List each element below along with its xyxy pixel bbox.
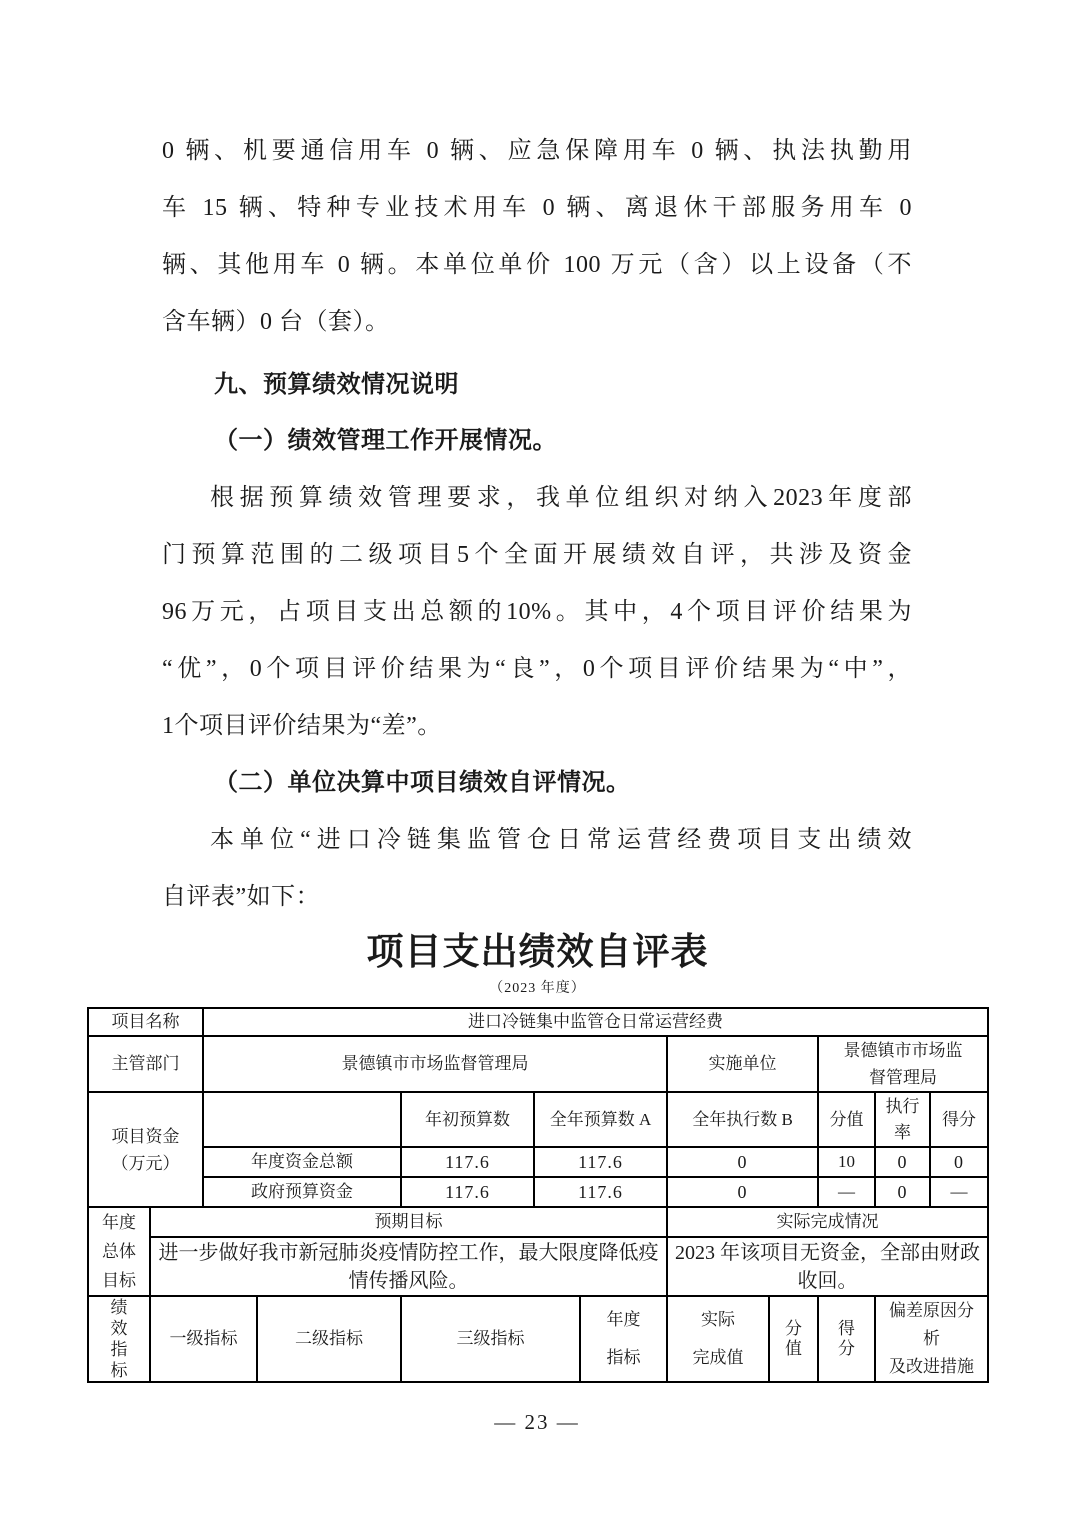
indicator-score-weight-header: 分 值 <box>769 1296 818 1382</box>
funds-label: 项目资金 （万元） <box>88 1092 203 1207</box>
paragraph-line: 1个项目评价结果为“差”。 <box>162 698 912 755</box>
subsection-heading-one: （一）绩效管理工作开展情况。 <box>162 413 912 470</box>
paragraph-line: 根据预算绩效管理要求，我单位组织对纳入2023年度部 <box>162 470 912 527</box>
indicator-level3-header: 三级指标 <box>401 1296 580 1382</box>
project-name-value: 进口冷链集中监管仓日常运营经费 <box>203 1008 988 1036</box>
actual-completion-text: 2023 年该项目无资金，全部由财政 收回。 <box>667 1237 988 1296</box>
funds-header-executed: 全年执行数 B <box>667 1092 818 1147</box>
funds-score-weight-value: — <box>818 1177 875 1207</box>
funds-executed-value: 0 <box>667 1147 818 1177</box>
table-row-project-name: 项目名称 进口冷链集中监管仓日常运营经费 <box>88 1008 988 1036</box>
table-row-funds-total: 年度资金总额 117.6 117.6 0 10 0 0 <box>88 1147 988 1177</box>
expected-goal-header: 预期目标 <box>150 1207 667 1237</box>
funds-annual-value: 117.6 <box>534 1147 667 1177</box>
paragraph-line: 自评表”如下： <box>162 869 912 926</box>
funds-initial-value: 117.6 <box>401 1177 534 1207</box>
indicator-deviation-header: 偏差原因分 析 及改进措施 <box>875 1296 988 1382</box>
funds-exec-rate-value: 0 <box>875 1177 930 1207</box>
actual-completion-header: 实际完成情况 <box>667 1207 988 1237</box>
paragraph-line: “优”，0个项目评价结果为“良”，0个项目评价结果为“中”， <box>162 641 912 698</box>
funds-header-exec-rate: 执行 率 <box>875 1092 930 1147</box>
indicator-score-header: 得 分 <box>818 1296 875 1382</box>
paragraph-line: 本单位“进口冷链集监管仓日常运营经费项目支出绩效 <box>162 812 912 869</box>
document-page: 0 辆、机要通信用车 0 辆、应急保障用车 0 辆、执法执勤用 车 15 辆、特… <box>0 0 1074 1520</box>
funds-initial-value: 117.6 <box>401 1147 534 1177</box>
performance-self-evaluation-table: 项目名称 进口冷链集中监管仓日常运营经费 主管部门 景德镇市市场监督管理局 实施… <box>87 1007 989 1383</box>
indicator-annual-header: 年度 指标 <box>580 1296 667 1382</box>
funds-row-name: 年度资金总额 <box>203 1147 401 1177</box>
section-heading-nine: 九、预算绩效情况说明 <box>162 356 912 413</box>
table-row-goal-header: 年度 总体 目标 预期目标 实际完成情况 <box>88 1207 988 1237</box>
project-name-label: 项目名称 <box>88 1008 203 1036</box>
funds-header-score: 得分 <box>930 1092 988 1147</box>
table-row-funds-header: 项目资金 （万元） 年初预算数 全年预算数 A 全年执行数 B 分值 执行 率 … <box>88 1092 988 1147</box>
table-row-departments: 主管部门 景德镇市市场监督管理局 实施单位 景德镇市市场监 督管理局 <box>88 1036 988 1092</box>
subsection-heading-two: （二）单位决算中项目绩效自评情况。 <box>162 755 912 812</box>
indicator-level2-header: 二级指标 <box>257 1296 401 1382</box>
funds-header-initial: 年初预算数 <box>401 1092 534 1147</box>
table-row-funds-gov: 政府预算资金 117.6 117.6 0 — 0 — <box>88 1177 988 1207</box>
funds-score-value: 0 <box>930 1147 988 1177</box>
table-row-indicators-header: 绩 效 指 标 一级指标 二级指标 三级指标 年度 指标 实际 完成值 分 值 … <box>88 1296 988 1382</box>
paragraph-line: 辆、其他用车 0 辆。本单位单价 100 万元（含）以上设备（不 <box>162 237 912 294</box>
funds-score-weight-value: 10 <box>818 1147 875 1177</box>
funds-empty-header <box>203 1092 401 1147</box>
paragraph-line: 含车辆）0 台（套）。 <box>162 294 912 351</box>
table-row-goal-content: 进一步做好我市新冠肺炎疫情防控工作，最大限度降低疫 情传播风险。 2023 年该… <box>88 1237 988 1296</box>
annual-goal-label: 年度 总体 目标 <box>88 1207 150 1296</box>
funds-annual-value: 117.6 <box>534 1177 667 1207</box>
body-text: 0 辆、机要通信用车 0 辆、应急保障用车 0 辆、执法执勤用 车 15 辆、特… <box>162 123 912 926</box>
paragraph-line: 车 15 辆、特种专业技术用车 0 辆、离退休干部服务用车 0 <box>162 180 912 237</box>
dept-value: 景德镇市市场监督管理局 <box>203 1036 667 1092</box>
indicator-level1-header: 一级指标 <box>150 1296 257 1382</box>
impl-unit-value: 景德镇市市场监 督管理局 <box>818 1036 988 1092</box>
paragraph-line: 门预算范围的二级项目5个全面开展绩效自评，共涉及资金 <box>162 527 912 584</box>
table-title: 项目支出绩效自评表 <box>87 921 988 975</box>
expected-goal-text: 进一步做好我市新冠肺炎疫情防控工作，最大限度降低疫 情传播风险。 <box>150 1237 667 1296</box>
dept-label: 主管部门 <box>88 1036 203 1092</box>
funds-score-value: — <box>930 1177 988 1207</box>
indicator-actual-header: 实际 完成值 <box>667 1296 769 1382</box>
funds-header-score-weight: 分值 <box>818 1092 875 1147</box>
funds-exec-rate-value: 0 <box>875 1147 930 1177</box>
funds-executed-value: 0 <box>667 1177 818 1207</box>
funds-row-name: 政府预算资金 <box>203 1177 401 1207</box>
paragraph-line: 0 辆、机要通信用车 0 辆、应急保障用车 0 辆、执法执勤用 <box>162 123 912 180</box>
funds-header-annual: 全年预算数 A <box>534 1092 667 1147</box>
page-number: — 23 — <box>0 1410 1074 1435</box>
impl-unit-label: 实施单位 <box>667 1036 818 1092</box>
table-subtitle: （2023 年度） <box>87 977 988 997</box>
indicators-label: 绩 效 指 标 <box>88 1296 150 1382</box>
paragraph-line: 96万元，占项目支出总额的10%。其中，4个项目评价结果为 <box>162 584 912 641</box>
